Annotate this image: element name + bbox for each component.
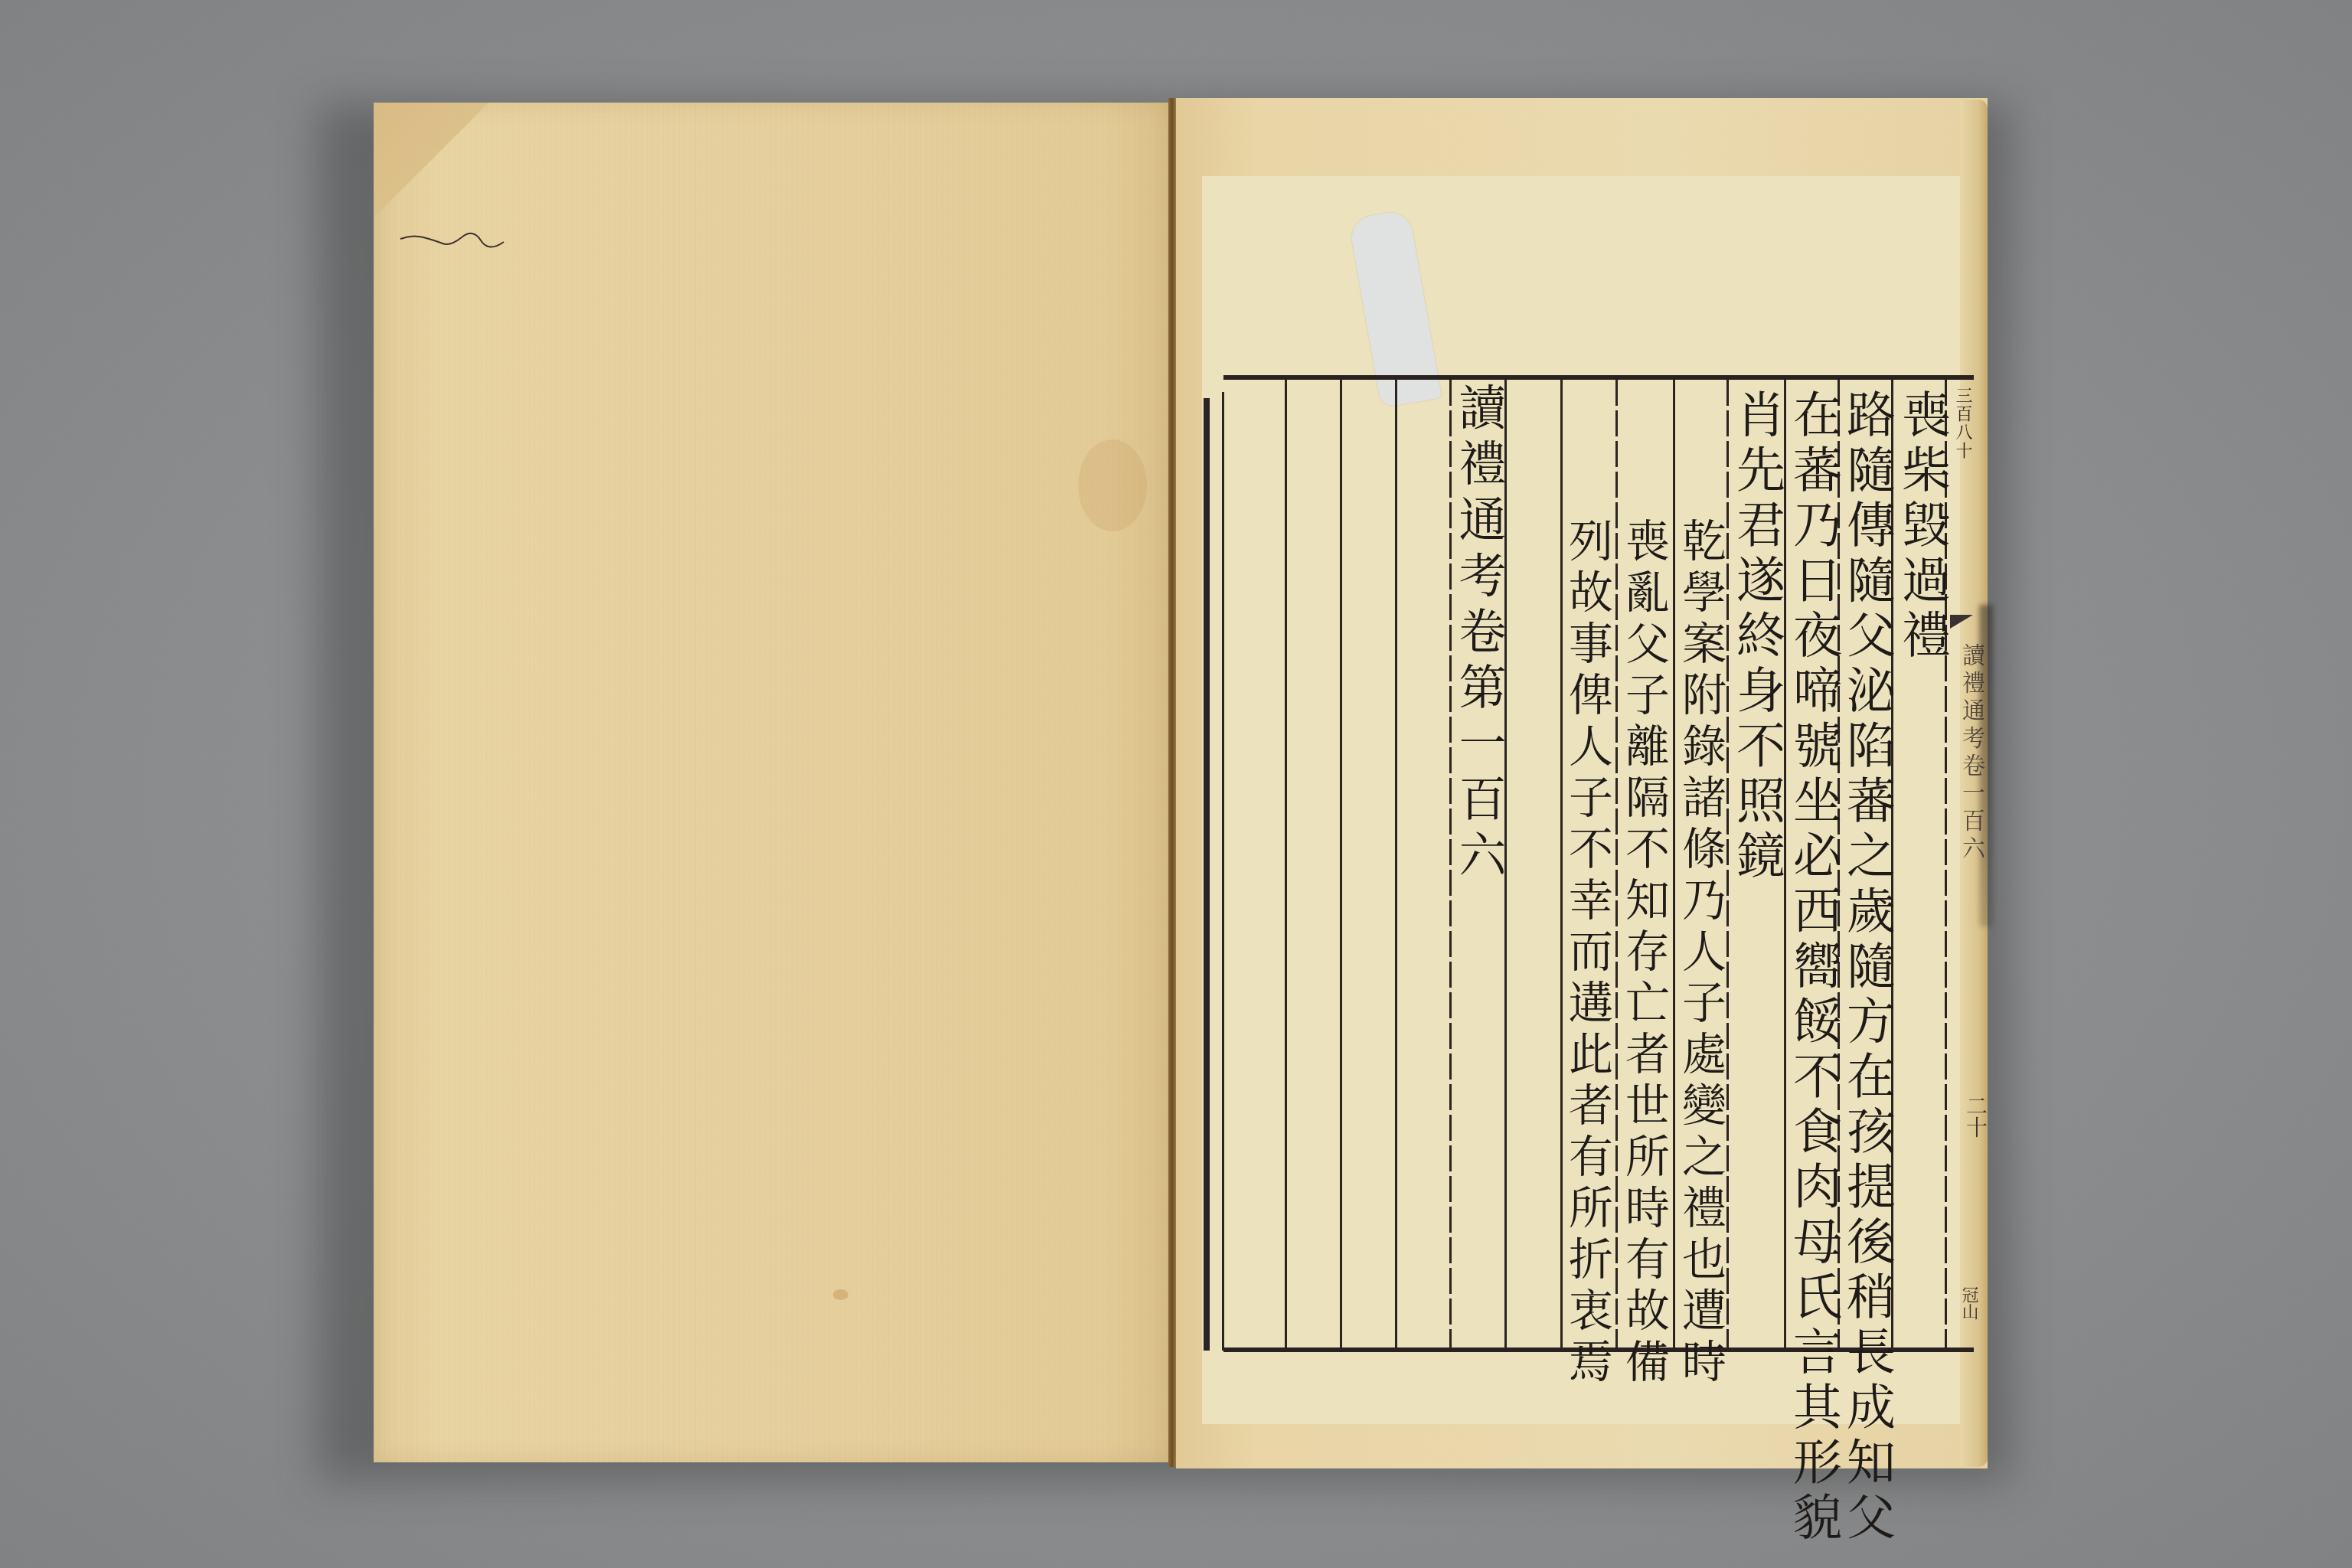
top-margin-note: 三百八十 xyxy=(1951,387,1975,460)
banxin-page-number: 二十 xyxy=(1960,1095,1991,1138)
column-rule xyxy=(1395,380,1397,1347)
column-rule xyxy=(1285,380,1287,1347)
chapter-end-title: 讀禮通考卷第一百六 xyxy=(1455,383,1502,886)
frame-border-left-inner xyxy=(1222,392,1224,1351)
text-column-5-commentary: 乾學案附錄諸條乃人子處變之禮也遭時 xyxy=(1678,518,1723,1390)
banxin-title: 讀禮通考卷一百六 xyxy=(1954,643,1988,864)
ink-tear-mark xyxy=(397,225,511,248)
column-rule xyxy=(1340,380,1342,1347)
text-column-6-commentary: 喪亂父子離隔不知存亡者世所時有故備 xyxy=(1622,518,1666,1390)
paper-texture xyxy=(374,103,1170,1462)
frame-border-left xyxy=(1204,398,1210,1351)
text-column-4: 肖先君遂終身不照鏡 xyxy=(1732,389,1781,885)
left-page-blank xyxy=(374,103,1170,1462)
text-column-3: 在蕃乃日夜啼號坐必西嚮餒不食肉母氏言其形貌 xyxy=(1788,389,1837,1547)
stain xyxy=(833,1289,848,1300)
banxin-bottom-mark: 冠山 xyxy=(1957,1286,1981,1320)
stain xyxy=(1078,439,1147,531)
book-gutter xyxy=(1168,98,1176,1467)
text-column-1: 喪柴毀過禮 xyxy=(1897,389,1946,665)
fishtail-mark xyxy=(1950,615,1973,629)
text-column-2: 路隨傳隨父泌陷蕃之歲隨方在孩提後稍長成知父 xyxy=(1842,389,1891,1547)
folded-corner xyxy=(374,103,496,217)
text-column-7-commentary: 列故事俾人子不幸而遘此者有所折衷焉 xyxy=(1565,518,1609,1390)
